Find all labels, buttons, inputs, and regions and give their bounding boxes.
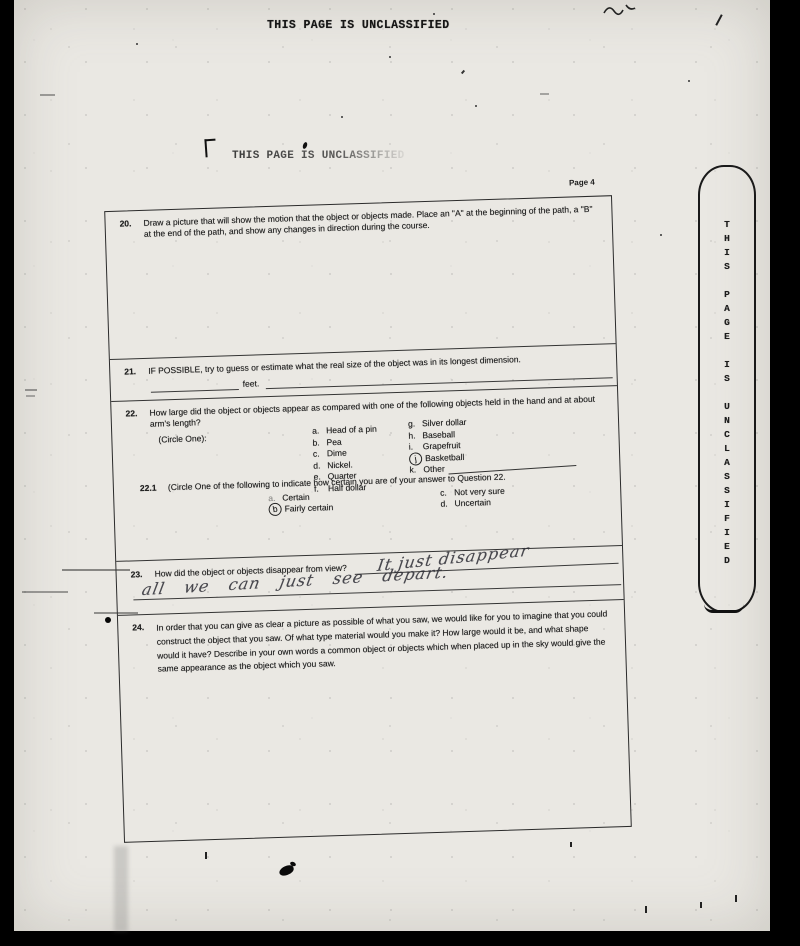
scan-artifact — [136, 43, 138, 45]
question-21-number: 21. — [124, 366, 148, 378]
scan-artifact — [341, 116, 343, 118]
question-24-number: 24. — [132, 622, 158, 678]
faded-classification-stamp: THIS PAGE IS UNCLASSIFIED — [232, 150, 428, 162]
scan-artifact — [105, 617, 111, 623]
scan-artifact — [570, 842, 572, 847]
scribble-mark — [600, 1, 644, 17]
option-not-very-sure: c.Not very sure — [440, 485, 505, 499]
scan-artifact — [645, 906, 647, 913]
scan-artifact — [715, 14, 722, 26]
scanned-page: THIS PAGE IS UNCLASSIFIED THIS PAGE IS U… — [14, 0, 770, 931]
question-24-row: 24. In order that you can give as clear … — [118, 600, 631, 837]
question-20-drawing-area — [106, 226, 615, 342]
scan-artifact — [22, 591, 68, 593]
question-22-1-options-left: a.Certain bFairly certain — [268, 491, 333, 516]
scan-artifact — [205, 852, 207, 859]
scan-artifact — [302, 142, 308, 150]
circle-one-label: (Circle One): — [158, 433, 207, 446]
scan-artifact — [40, 94, 55, 96]
side-classification-capsule: THIS PAGE IS UNCLASSIFIED — [698, 165, 756, 613]
question-24-text: In order that you can give as clear a pi… — [156, 607, 616, 676]
scan-artifact — [540, 93, 549, 95]
option-fairly-certain-circled: bFairly certain — [268, 502, 333, 516]
scan-artifact — [461, 70, 465, 74]
question-22-1-number: 22.1 — [140, 482, 168, 494]
scan-artifact — [389, 56, 391, 58]
page-classification-header: THIS PAGE IS UNCLASSIFIED — [267, 19, 450, 32]
question-22-row: 22. How large did the object or objects … — [111, 386, 622, 562]
scan-artifact — [735, 895, 737, 902]
option-head-of-a-pin: a.Head of a pin — [312, 424, 377, 438]
question-21-answer-blank — [151, 379, 239, 393]
scan-artifact — [94, 612, 138, 614]
scan-artifact — [25, 389, 37, 391]
scan-artifact — [433, 13, 435, 15]
scan-artifact — [700, 902, 702, 908]
page-number: Page 4 — [569, 178, 595, 188]
scan-artifact — [475, 105, 477, 107]
scan-artifact — [26, 395, 35, 397]
question-21-unit-label: feet. — [243, 378, 260, 390]
side-classification-text: THIS PAGE IS UNCLASSIFIED — [722, 219, 733, 611]
questionnaire-form: 20. Draw a picture that will show the mo… — [104, 195, 632, 843]
scan-artifact — [114, 846, 128, 932]
option-uncertain: d.Uncertain — [440, 497, 505, 511]
scan-artifact — [62, 569, 130, 571]
question-22-number: 22. — [125, 408, 150, 432]
question-22-options-right: g.Silver dollar h.Baseball i.Grapefruit … — [408, 413, 577, 476]
scan-artifact — [204, 139, 216, 158]
scan-artifact — [688, 80, 690, 82]
circled-answer-mark: b — [268, 502, 283, 517]
question-20-number: 20. — [119, 218, 144, 242]
scan-artifact — [660, 234, 662, 236]
question-20-row: 20. Draw a picture that will show the mo… — [105, 196, 615, 360]
question-22-1-options-right: c.Not very sure d.Uncertain — [440, 485, 505, 510]
